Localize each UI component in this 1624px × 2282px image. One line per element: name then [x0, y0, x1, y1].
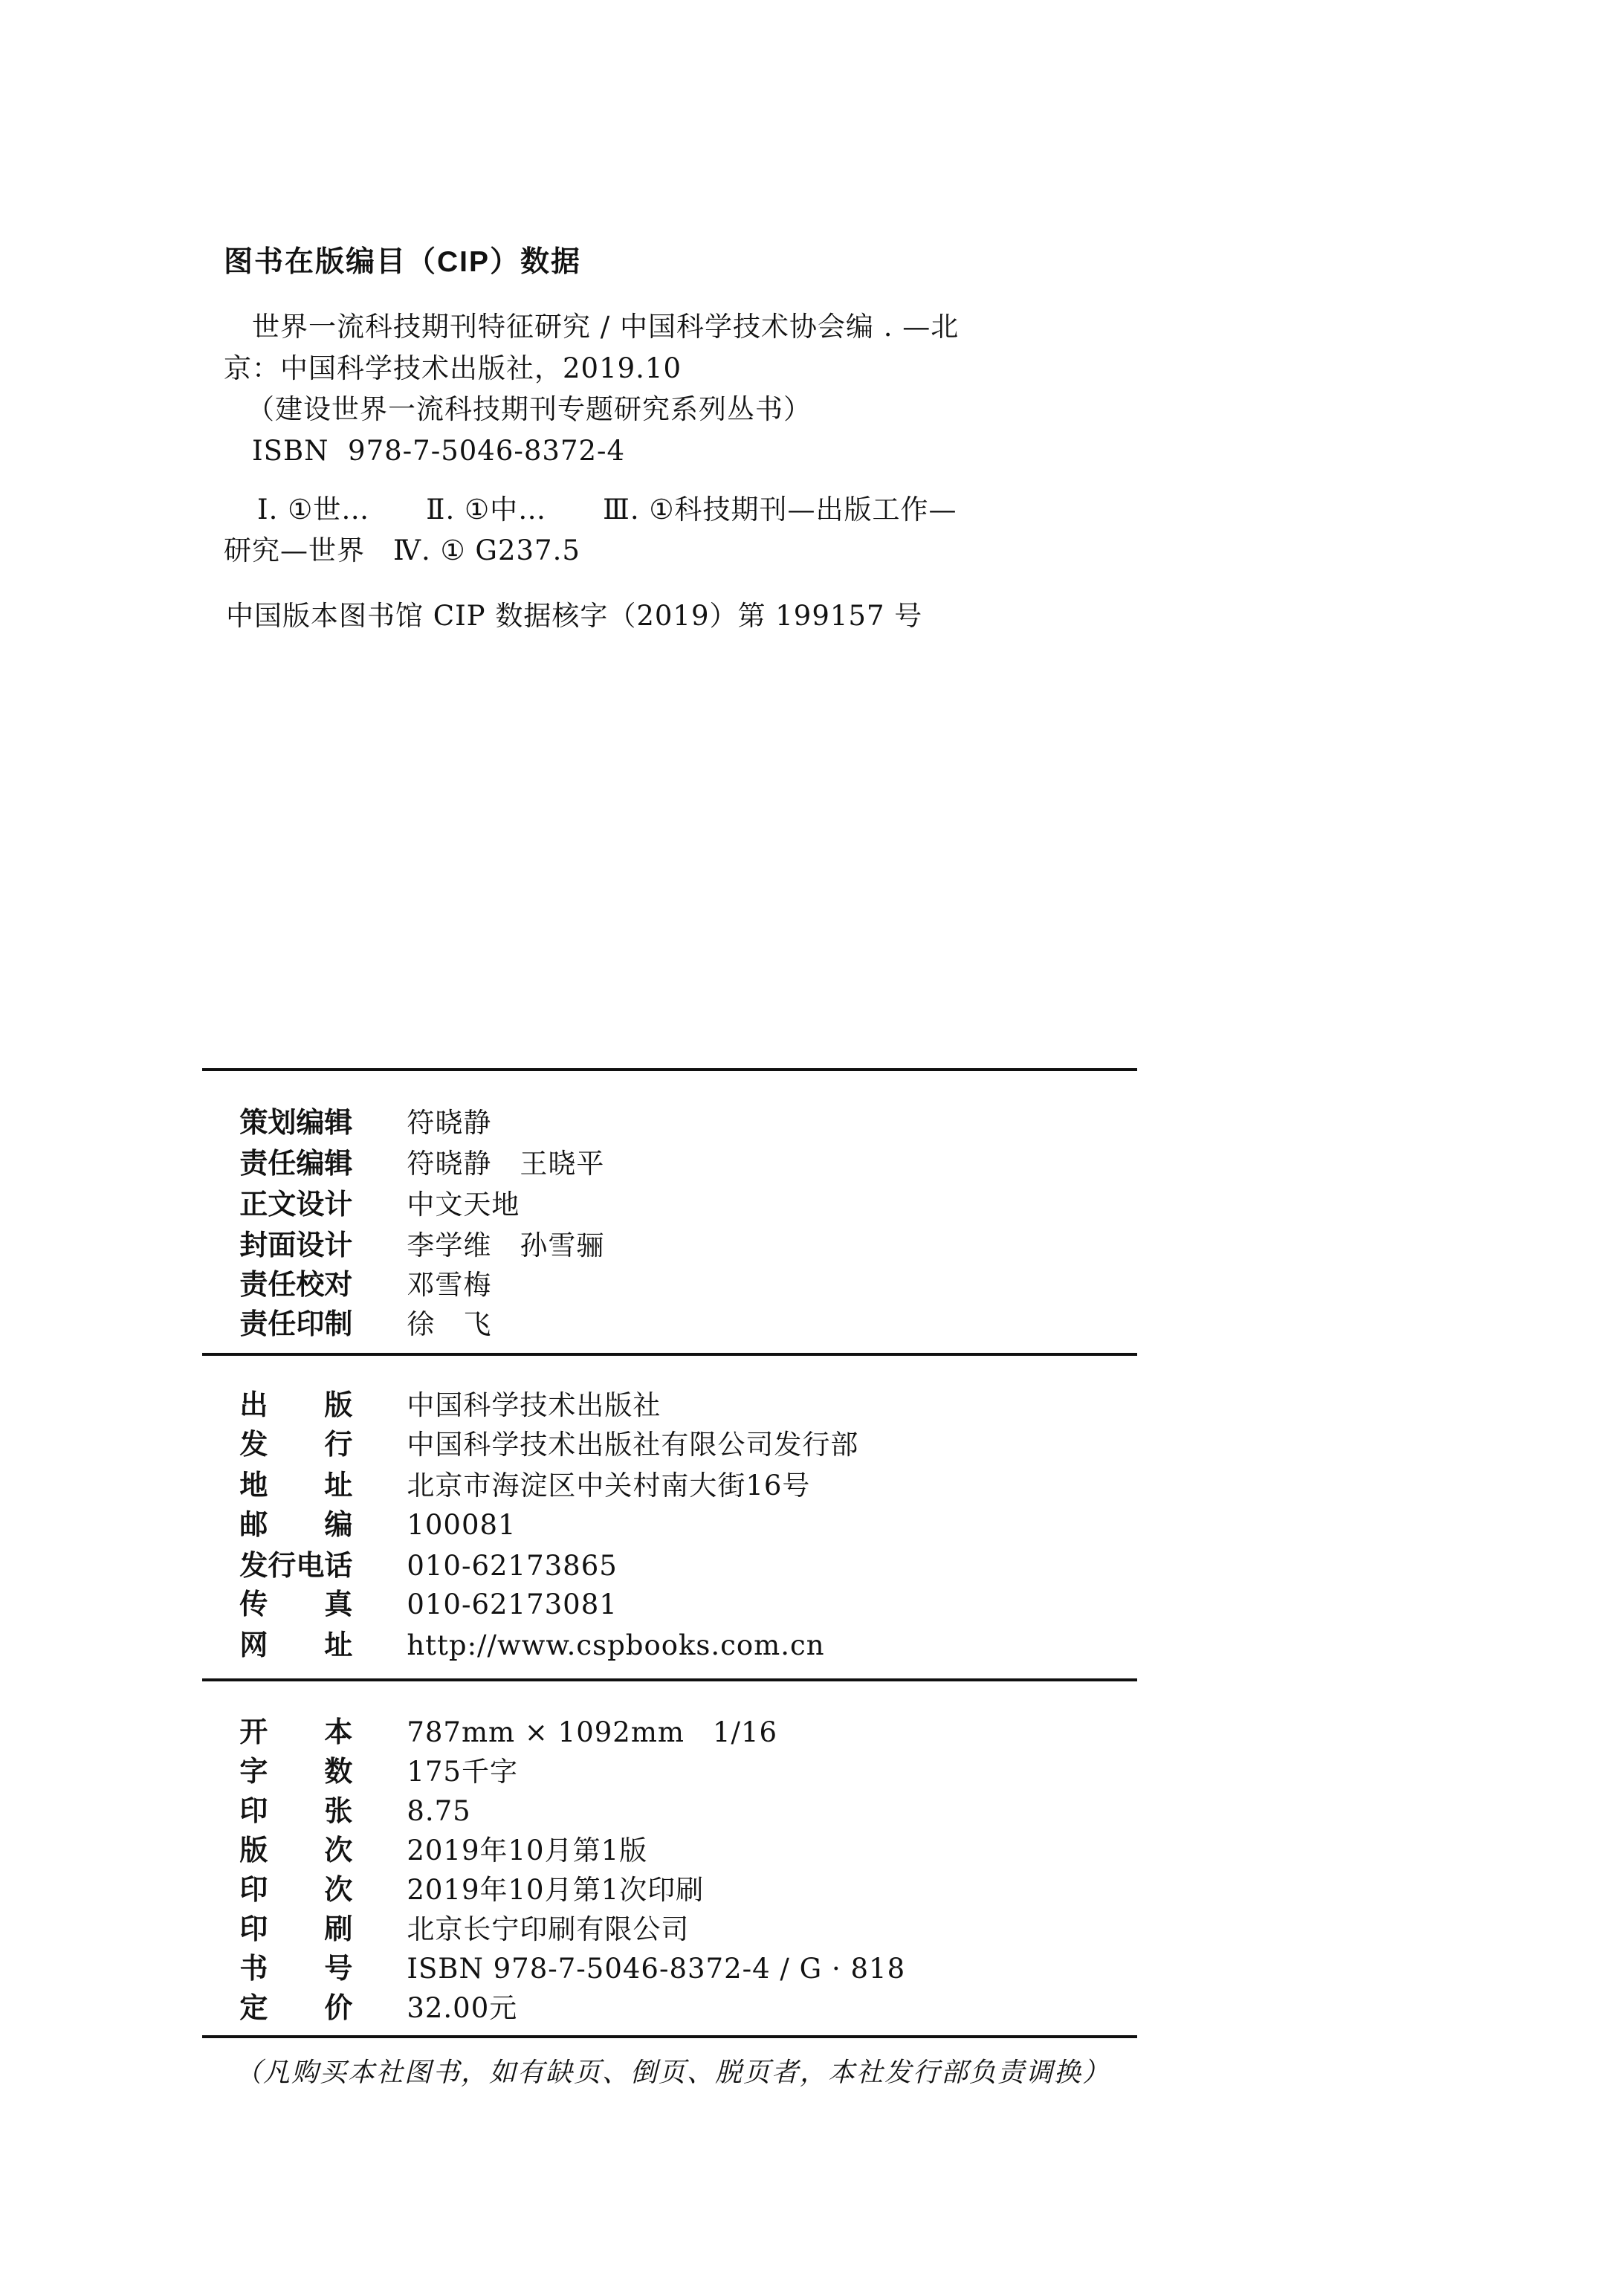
horizontal-rule-1 [202, 1068, 1137, 1071]
printing-row: 书 号ISBN 978-7-5046-8372-4 / G · 818 [224, 1937, 905, 1974]
cip-series-line: （建设世界一流科技期刊专题研究系列丛书） [247, 392, 812, 427]
staff-row: 策划编辑符晓静 [224, 1091, 491, 1128]
staff-row: 责任校对邓雪梅 [224, 1253, 491, 1290]
field-value: 徐 飞 [407, 1307, 491, 1342]
publication-row: 发行电话010-62173865 [224, 1534, 618, 1571]
publication-row: 传 真010-62173081 [224, 1573, 618, 1610]
printing-row: 印 张8.75 [224, 1780, 471, 1817]
publication-row: 地 址北京市海淀区中关村南大街16号 [224, 1454, 810, 1491]
cip-line-2: 京：中国科学技术出版社，2019.10 [224, 352, 682, 386]
publication-row: 网 址http://www.cspbooks.com.cn [224, 1614, 825, 1651]
publication-row: 出 版中国科学技术出版社 [224, 1374, 661, 1411]
horizontal-rule-2 [202, 1353, 1137, 1356]
copyright-page: 图书在版编目（CIP）数据 世界一流科技期刊特征研究 / 中国科学技术协会编 .… [202, 0, 1137, 2282]
cip-record-line: 中国版本图书馆 CIP 数据核字（2019）第 199157 号 [226, 599, 922, 633]
printing-row: 字 数175千字 [224, 1740, 518, 1777]
printing-row: 定 价32.00元 [224, 1976, 517, 2014]
publication-row: 发 行中国科学技术出版社有限公司发行部 [224, 1413, 858, 1450]
footer-note: （凡购买本社图书，如有缺页、倒页、脱页者，本社发行部负责调换） [235, 2056, 1110, 2090]
staff-row: 封面设计李学维 孙雪骊 [224, 1214, 604, 1251]
horizontal-rule-3 [202, 1678, 1137, 1681]
printing-row: 版 次2019年10月第1版 [224, 1819, 647, 1856]
cip-class-line-2: 研究—世界 Ⅳ. ① G237.5 [224, 534, 580, 568]
field-value: http://www.cspbooks.com.cn [407, 1628, 824, 1664]
staff-row: 正文设计中文天地 [224, 1173, 520, 1210]
horizontal-rule-4 [202, 2035, 1137, 2038]
printing-row: 印 刷北京长宁印刷有限公司 [224, 1898, 689, 1935]
field-label: 网 址 [239, 1628, 352, 1664]
cip-isbn-line: ISBN 978-7-5046-8372-4 [252, 434, 625, 468]
staff-row: 责任印制徐 飞 [224, 1293, 491, 1330]
field-label: 定 价 [239, 1991, 352, 2026]
printing-row: 印 次2019年10月第1次印刷 [224, 1858, 704, 1895]
field-value: 32.00元 [407, 1991, 517, 2026]
field-label: 责任印制 [239, 1307, 352, 1342]
publication-row: 邮 编100081 [224, 1493, 517, 1531]
staff-row: 责任编辑符晓静 王晓平 [224, 1132, 604, 1169]
cip-heading: 图书在版编目（CIP）数据 [224, 245, 581, 279]
printing-row: 开 本787mm × 1092mm 1/16 [224, 1701, 777, 1738]
cip-class-line-1: Ⅰ. ①世… Ⅱ. ①中… Ⅲ. ①科技期刊—出版工作— [257, 493, 957, 527]
cip-line-1: 世界一流科技期刊特征研究 / 中国科学技术协会编 . —北 [252, 310, 959, 344]
